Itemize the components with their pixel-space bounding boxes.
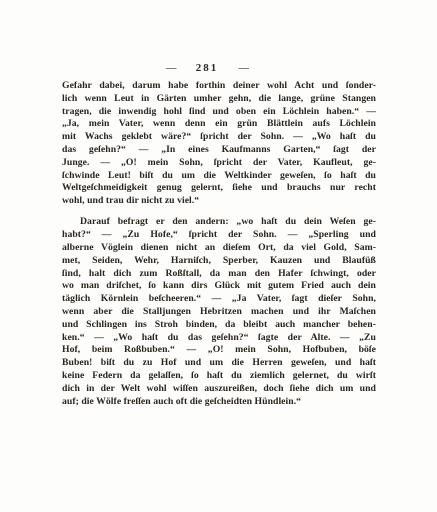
text-line: ſind, halt dich zum Roßſtall, da man den… [62, 268, 376, 281]
text-line: auf; die Wölfe freſſen auch oft die geſc… [62, 396, 376, 409]
text-line: und Schlingen ins Stroh binden, da bleib… [62, 319, 376, 332]
text-line: Darauf befragt er den andern: „wo haſt d… [62, 216, 376, 229]
text-block: Gefahr dabei, darum habe forthin deiner … [62, 80, 376, 408]
text-line: Junge. — „O! mein Sohn, ſpricht der Vate… [62, 157, 376, 170]
text-line: Gefahr dabei, darum habe forthin deiner … [62, 80, 376, 93]
text-line: „Ja, mein Vater, wenn denn ein grün Blät… [62, 118, 376, 131]
text-line: wohl, und trau dir nicht zu viel.“ [62, 195, 376, 208]
text-line: Weltgeſchmeidigkeit genug gelernt, ſiehe… [62, 182, 376, 195]
text-line: alberne Vöglein dienen nicht an dieſem O… [62, 242, 376, 255]
book-page: — 281 — Gefahr dabei, darum habe forthin… [0, 0, 437, 512]
paragraph-1: Gefahr dabei, darum habe forthin deiner … [62, 80, 376, 208]
header-rule-right: — [239, 64, 249, 73]
text-line: keine Federn da gelaſſen, ſo haſt du zie… [62, 370, 376, 383]
text-line: habt?“ — „Zu Hofe,“ ſpricht der Sohn. — … [62, 229, 376, 242]
text-line: met, Seiden, Wehr, Harniſch, Sperber, Ka… [62, 255, 376, 268]
text-line: täglich Körnlein beſcheeren.“ — „Ja Vate… [62, 293, 376, 306]
text-line: das geſehn?“ — „In eines Kaufmanns Garte… [62, 144, 376, 157]
text-line: Hof, beim Roßbuben.“ — „O! mein Sohn, Ho… [62, 344, 376, 357]
text-line: mit Wachs geklebt wäre?“ ſpricht der Soh… [62, 131, 376, 144]
text-line: ſchwinde Leut! biſt du um die Weltkinder… [62, 170, 376, 183]
header-rule-left: — [166, 64, 176, 73]
text-line: ken.“ — „Wo haſt du das geſehn?“ ſagte d… [62, 332, 376, 345]
page-header: — 281 — [166, 62, 248, 74]
text-line: lich wenn Leut in Gärten umher gehn, die… [62, 93, 376, 106]
paragraph-2: Darauf befragt er den andern: „wo haſt d… [62, 216, 376, 408]
page-number: 281 [196, 62, 219, 74]
text-line: Buben! biſt du zu Hof und um die Herren … [62, 357, 376, 370]
text-line: dich in der Welt wohl wiſſen auszureißen… [62, 383, 376, 396]
text-line: wenn aber die Stalljungen Hebritzen mach… [62, 306, 376, 319]
text-line: tragen, die inwendig hohl ſind und oben … [62, 106, 376, 119]
text-line: wo man driſchet, ſo kann dirs Glück mit … [62, 280, 376, 293]
